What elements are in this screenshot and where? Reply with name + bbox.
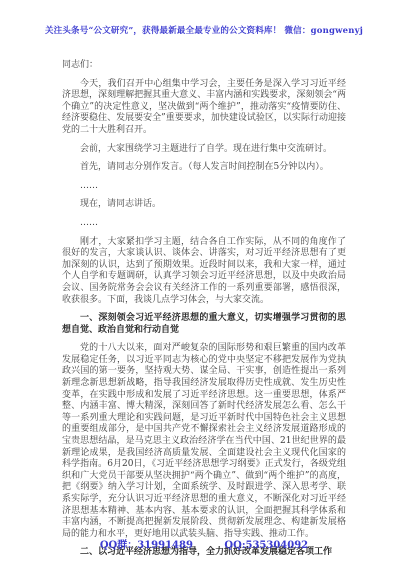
paragraph: 党的十八大以来，面对严峻复杂的国际形势和艰巨繁重的国内改革发展稳定任务，以习近平…: [62, 343, 346, 540]
paragraph: 今天，我们召开中心组集中学习会，主要任务是深入学习习近平经济思想，深刻理解把握其…: [62, 79, 346, 137]
paragraph: 首先，请同志分别作发言。（每人发言时间控制在5分钟以内）。: [62, 162, 346, 174]
qq-number: QQ:535304092: [224, 540, 308, 551]
paragraph: 现在，请同志讲话。: [62, 199, 346, 211]
qq-group-number: QQ群：31991489: [100, 540, 193, 551]
promo-banner-text: 关注头条号“公文研究”，获得最新最全最专业的公文资料库！ 微信：gongweny…: [45, 26, 363, 36]
promo-banner: 关注头条号“公文研究”，获得最新最全最专业的公文资料库！ 微信：gongweny…: [0, 24, 408, 36]
salutation-line: 同志们：: [62, 60, 346, 72]
section-heading: 一、深刻领会习近平经济思想的重大意义，切实增强学习贯彻的思想自觉、政治自觉和行动…: [62, 313, 346, 336]
paragraph: 会前，大家围绕学习主题进行了自学。现在进行集中交流研讨。: [62, 144, 346, 156]
ellipsis-placeholder: ……: [62, 218, 346, 230]
document-body: 同志们：今天，我们召开中心组集中学习会，主要任务是深入学习习近平经济思想，深刻理…: [62, 60, 346, 566]
ellipsis-placeholder: ……: [62, 181, 346, 193]
contact-footer: QQ群：31991489 QQ:535304092: [0, 536, 408, 551]
document-page: 关注头条号“公文研究”，获得最新最全最专业的公文资料库！ 微信：gongweny…: [0, 0, 408, 580]
paragraph: 刚才，大家紧扣学习主题，结合各自工作实际，从不同的角度作了很好的发言，大家谈认识…: [62, 237, 346, 307]
